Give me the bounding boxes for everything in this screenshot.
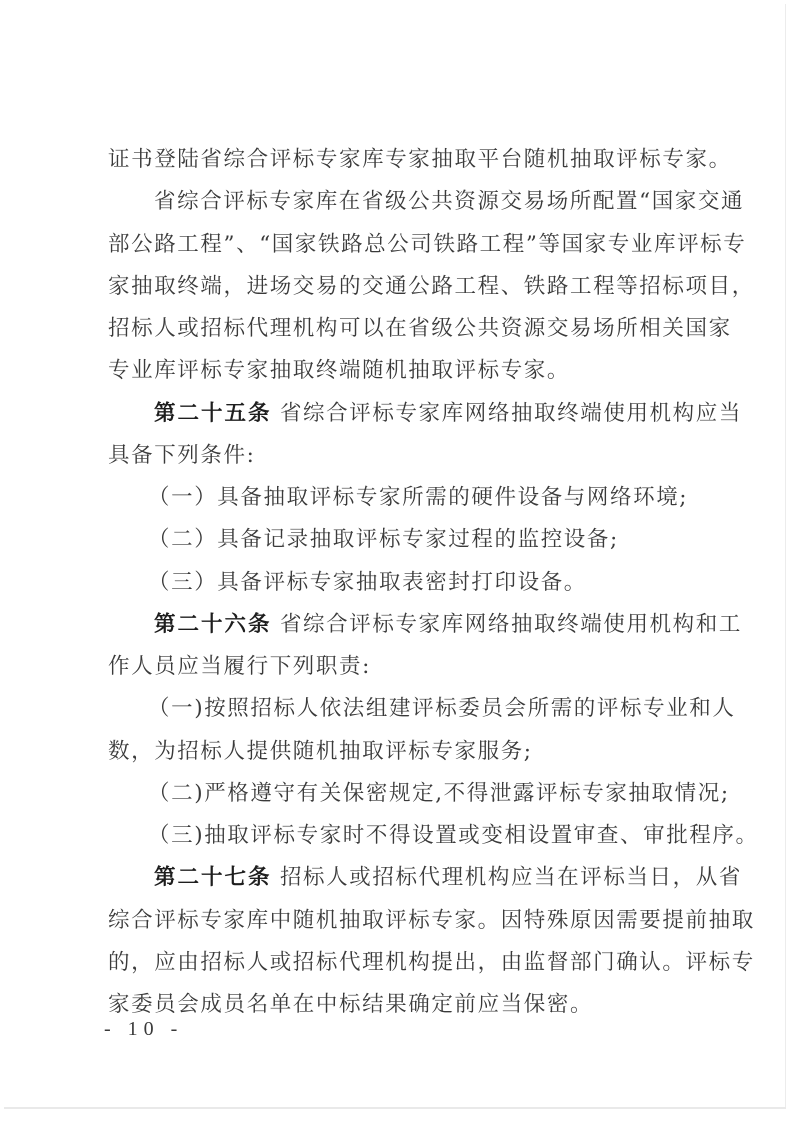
text-line: 家抽取终端，进场交易的交通公路工程、铁路工程等招标项目， [108, 266, 698, 308]
article-text: 招标人或招标代理机构应当在评标当日，从省 [280, 865, 742, 890]
list-item: （三)抽取评标专家时不得设置或变相设置审查、审批程序。 [108, 815, 698, 857]
article-text: 省综合评标专家库网络抽取终端使用机构应当 [280, 401, 742, 426]
document-page: 证书登陆省综合评标专家库专家抽取平台随机抽取评标专家。 省综合评标专家库在省级公… [0, 0, 793, 1121]
text-line: 作人员应当履行下列职责: [108, 646, 698, 688]
scan-edge-bottom [4, 1107, 786, 1109]
article-heading: 第二十五条 [154, 401, 272, 426]
text-line: 专业库评标专家抽取终端随机抽取评标专家。 [108, 350, 698, 392]
text-line: 招标人或招标代理机构可以在省级公共资源交易场所相关国家 [108, 308, 698, 350]
text-line: 的，应由招标人或招标代理机构提出，由监督部门确认。评标专 [108, 942, 698, 984]
article-25: 第二十五条 省综合评标专家库网络抽取终端使用机构应当 [108, 393, 698, 435]
text-line: 家委员会成员名单在中标结果确定前应当保密。 [108, 984, 698, 1026]
text-line: 部公路工程”、“国家铁路总公司铁路工程”等国家专业库评标专 [108, 224, 698, 266]
text-line: 省综合评标专家库在省级公共资源交易场所配置“国家交通 [108, 181, 698, 223]
scan-edge-right [785, 4, 786, 1108]
text-line: 综合评标专家库中随机抽取评标专家。因特殊原因需要提前抽取 [108, 900, 698, 942]
text-line: 证书登陆省综合评标专家库专家抽取平台随机抽取评标专家。 [108, 139, 698, 181]
article-heading: 第二十六条 [154, 612, 272, 637]
list-item: （一)按照招标人依法组建评标委员会所需的评标专业和人 [108, 688, 698, 730]
text-line: 具备下列条件: [108, 435, 698, 477]
list-item: （二）具备记录抽取评标专家过程的监控设备; [108, 519, 698, 561]
list-item: （一）具备抽取评标专家所需的硬件设备与网络环境; [108, 477, 698, 519]
document-body: 证书登陆省综合评标专家库专家抽取平台随机抽取评标专家。 省综合评标专家库在省级公… [108, 139, 698, 1026]
page-number: - 10 - [104, 1018, 183, 1041]
list-item: （三）具备评标专家抽取表密封打印设备。 [108, 562, 698, 604]
article-26: 第二十六条 省综合评标专家库网络抽取终端使用机构和工 [108, 604, 698, 646]
article-27: 第二十七条 招标人或招标代理机构应当在评标当日，从省 [108, 857, 698, 899]
list-item: （二)严格遵守有关保密规定,不得泄露评标专家抽取情况; [108, 773, 698, 815]
article-text: 省综合评标专家库网络抽取终端使用机构和工 [280, 612, 742, 637]
list-item-continuation: 数，为招标人提供随机抽取评标专家服务; [108, 731, 698, 773]
article-heading: 第二十七条 [154, 865, 272, 890]
